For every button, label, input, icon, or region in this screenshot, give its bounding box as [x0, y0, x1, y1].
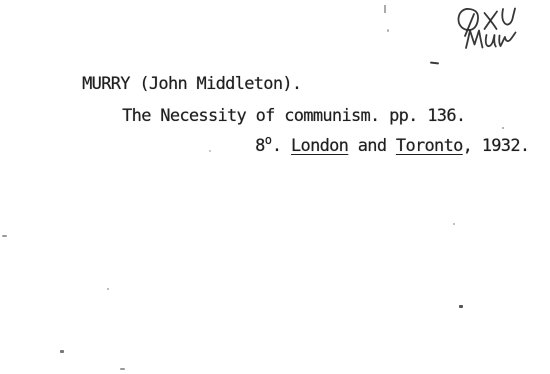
- format-superscript: o: [265, 133, 272, 147]
- imprint-place-toronto: Toronto: [396, 136, 463, 156]
- dust-speck: [209, 150, 211, 152]
- imprint-line: 8o. London and Toronto, 1932.: [217, 113, 529, 179]
- imprint-year: , 1932.: [463, 136, 530, 156]
- shelfmark-letter-r-ink: [499, 33, 515, 47]
- dust-speck: [2, 235, 7, 237]
- format-numeral: 8: [255, 136, 265, 156]
- shelfmark-handwriting: [453, 2, 528, 54]
- faint-dot-mark: [387, 29, 389, 32]
- dust-speck: [502, 127, 504, 129]
- pen-dash-mark: [430, 61, 439, 64]
- dust-speck: [60, 350, 64, 353]
- shelfmark-letter-u-ink: [502, 9, 515, 25]
- catalog-card: QXU Mur MURRY (John Middleton). The Nece…: [0, 0, 550, 374]
- faint-tick-mark: [384, 5, 386, 13]
- shelfmark-letter-u2-ink: [486, 35, 496, 47]
- dust-speck: [459, 305, 463, 308]
- imprint-place-london: London: [291, 136, 348, 156]
- shelfmark-letter-m-ink: [466, 31, 483, 49]
- imprint-separator: .: [272, 136, 291, 156]
- imprint-conjunction: and: [348, 136, 396, 156]
- dust-speck: [107, 288, 109, 290]
- dust-speck: [453, 223, 455, 225]
- dust-speck: [120, 368, 125, 370]
